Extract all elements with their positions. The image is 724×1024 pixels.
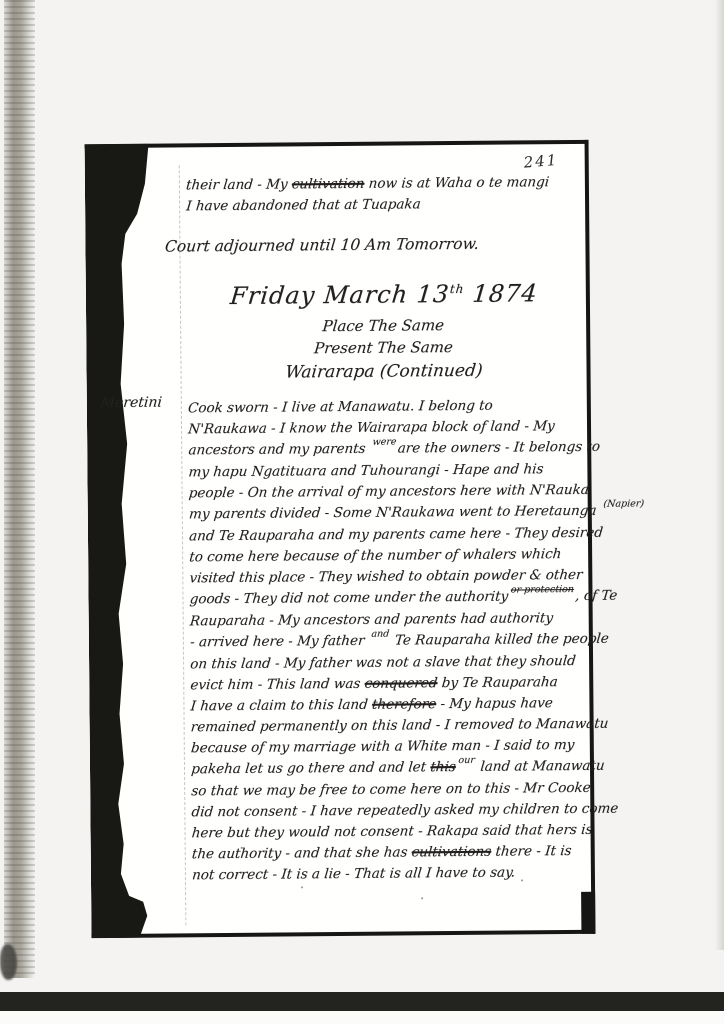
- handwritten-text: , of Te: [574, 588, 617, 604]
- annotated-word: cultivations: [411, 844, 492, 861]
- handwritten-text: Court adjourned until 10 Am Tomorrow.: [164, 235, 480, 256]
- handwritten-text: Present The Same: [313, 338, 454, 357]
- annotated-word: therefore: [371, 696, 437, 713]
- handwritten-text: 1874: [463, 279, 539, 308]
- manuscript-line: Wairarapa (Continued): [187, 357, 581, 386]
- handwritten-text: Wairarapa (Continued): [284, 361, 483, 383]
- handwritten-text: so that we may be free to come here on t…: [191, 780, 592, 799]
- handwritten-text: and Te Rauparaha and my parents came her…: [188, 525, 603, 545]
- handwritten-text: remained permanently on this land - I re…: [190, 716, 609, 736]
- manuscript-line: not correct - It is a lie - That is all …: [191, 862, 585, 886]
- manuscript-line: Friday March 13th 1874: [186, 268, 582, 316]
- annotated-word: and: [370, 624, 390, 645]
- photocopy-toner-edge: [85, 144, 156, 939]
- handwritten-text: - arrived here - My father: [189, 633, 369, 651]
- handwritten-text: - My hapus have: [435, 695, 553, 712]
- handwritten-text: I have abandoned that at Tuapaka: [185, 196, 421, 214]
- handwritten-text: Cook sworn - I live at Manawatu. I belon…: [187, 398, 493, 417]
- scanner-black-bar: [0, 992, 724, 1011]
- annotated-word: cultivation: [291, 176, 365, 193]
- annotated-word: or protection: [510, 579, 575, 601]
- handwritten-text: Te Rauparaha killed the people: [390, 631, 610, 649]
- annotated-word: (Napier): [602, 493, 645, 514]
- spine-shadow-blob: [0, 944, 17, 980]
- handwritten-text: their land - My: [185, 176, 292, 193]
- handwritten-text: pakeha let us go there and and let: [190, 759, 431, 777]
- handwritten-text: the authority - and that she has: [191, 844, 412, 862]
- annotated-word: our: [457, 750, 475, 771]
- handwritten-text: Friday March 13: [229, 280, 451, 310]
- handwritten-text: not correct - It is a lie - That is all …: [191, 864, 516, 883]
- handwritten-text: N'Raukawa - I know the Wairarapa block o…: [187, 418, 555, 437]
- handwritten-text: evict him - This land was: [190, 676, 366, 694]
- handwritten-text: to come here because of the number of wh…: [189, 546, 563, 565]
- handwritten-text: here but they would not consent - Rakapa…: [191, 822, 593, 842]
- annotated-word: were: [371, 431, 397, 452]
- handwritten-text-block: their land - My cultivation now is at Wa…: [185, 172, 583, 886]
- handwritten-text: land at Manawatu: [475, 758, 605, 775]
- scanned-document: 241 Meretini their land - My cultivation…: [0, 0, 724, 1024]
- handwritten-text: goods - They did not come under the auth…: [189, 589, 509, 608]
- handwritten-text: there - It is: [490, 843, 572, 860]
- handwritten-text: by Te Rauparaha: [437, 674, 559, 691]
- handwritten-text: Place The Same: [322, 316, 445, 335]
- book-spine-shadow: [4, 0, 35, 978]
- photocopy-corner-mark: [581, 892, 595, 934]
- annotated-word: th: [449, 282, 465, 296]
- page-number: 241: [523, 151, 559, 172]
- scan-right-edge-shadow: [715, 0, 724, 950]
- manuscript-line: I have abandoned that at Tuapaka: [185, 193, 579, 217]
- witness-margin-note: Meretini: [100, 395, 163, 412]
- handwritten-text: I have a claim to this land: [190, 697, 373, 715]
- handwritten-text: now is at Waha o te mangi: [364, 174, 550, 192]
- manuscript-line: Court adjourned until 10 Am Tomorrow.: [164, 228, 581, 262]
- handwritten-text: are the owners - It belongs to: [397, 439, 601, 457]
- handwritten-text: did not consent - I have repeatedly aske…: [191, 801, 619, 821]
- manuscript-page: 241 Meretini their land - My cultivation…: [85, 140, 596, 938]
- annotated-word: this: [430, 759, 457, 775]
- handwritten-text: people - On the arrival of my ancestors …: [188, 482, 590, 502]
- handwritten-text: because of my marriage with a White man …: [190, 737, 575, 756]
- scan-bottom-margin: [0, 1011, 724, 1024]
- handwritten-text: on this land - My father was not a slave…: [189, 653, 576, 672]
- handwritten-text: ancestors and my parents: [188, 441, 371, 459]
- annotated-word: conquered: [364, 675, 438, 692]
- handwritten-text: my hapu Ngatituara and Tuhourangi - Hape…: [188, 461, 544, 480]
- handwritten-text: my parents divided - Some N'Raukawa went…: [188, 503, 601, 523]
